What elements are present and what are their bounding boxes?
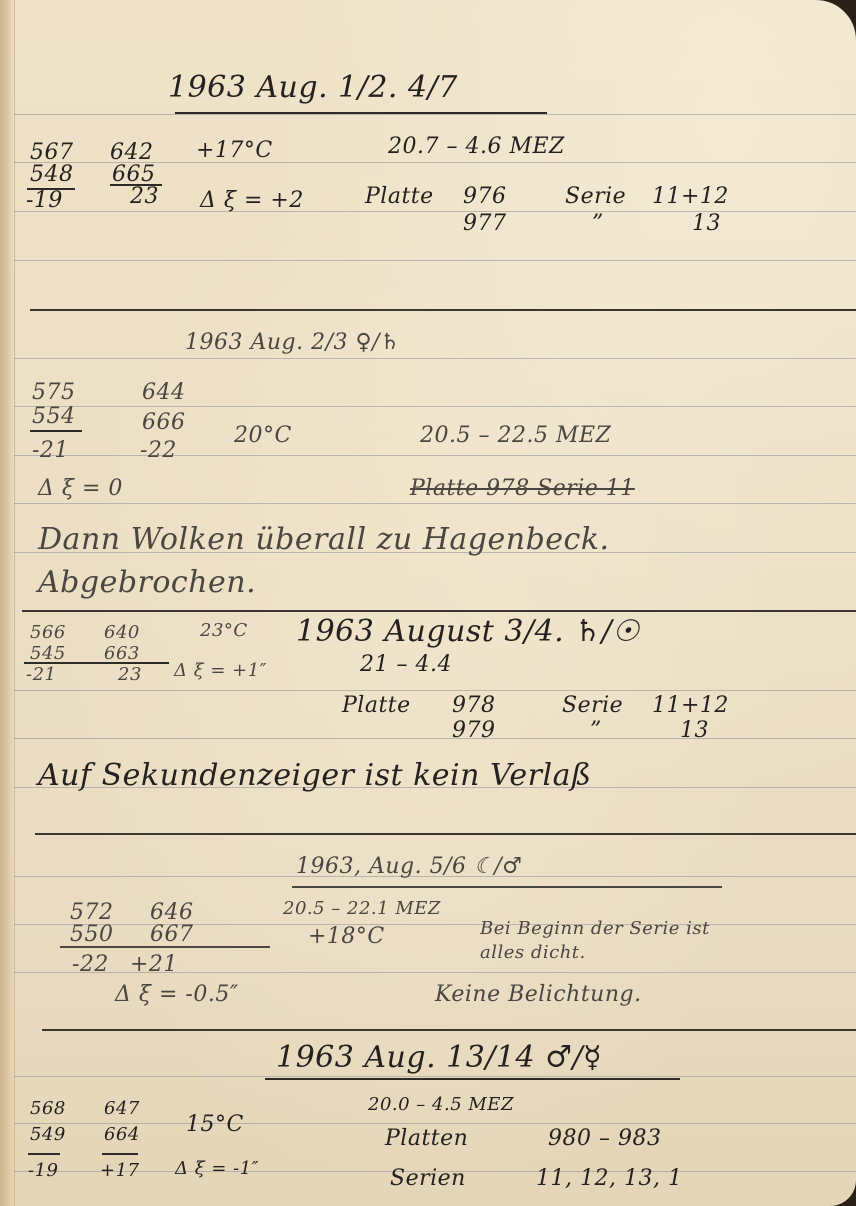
struck-plate-entry: Platte 978 Serie 11 xyxy=(410,476,635,501)
time-range: 21 – 4.4 xyxy=(360,652,452,677)
time-range: 20.5 – 22.5 MEZ xyxy=(420,423,611,448)
entry-heading: 1963 Aug. 1/2. 4/7 xyxy=(168,70,458,105)
note-line: Abgebrochen. xyxy=(38,565,256,600)
ruled-line xyxy=(14,114,856,115)
reading-value: 663 xyxy=(104,643,140,664)
series-label: Serie xyxy=(565,184,626,209)
entry-heading: 1963, Aug. 5/6 ☾/♂ xyxy=(296,854,522,879)
reading-difference: -21 xyxy=(32,438,69,463)
reading-value: 548 xyxy=(30,162,74,187)
delta-xi: Δ ξ = -0.5″ xyxy=(115,982,239,1007)
ruled-line xyxy=(14,211,856,212)
note-line: Keine Belichtung. xyxy=(435,982,642,1007)
temperature: 15°C xyxy=(186,1112,244,1137)
reading-value: 644 xyxy=(142,380,186,405)
temperature: +17°C xyxy=(196,138,273,163)
ditto-mark: ” xyxy=(592,211,604,236)
reading-difference: -22 xyxy=(72,952,109,977)
plate-label: Platte xyxy=(365,184,434,209)
series-label: Serie xyxy=(562,693,623,718)
ditto-mark: ” xyxy=(590,718,602,743)
reading-value: 640 xyxy=(104,622,140,643)
heading-underline xyxy=(265,1078,680,1080)
series-number: 13 xyxy=(692,211,721,236)
plates-range: 980 – 983 xyxy=(548,1126,661,1151)
reading-difference: -22 xyxy=(140,438,177,463)
page-binding-edge xyxy=(0,0,15,1206)
ruled-line xyxy=(14,503,856,504)
entry-divider xyxy=(22,610,856,612)
heading-underline xyxy=(292,886,722,888)
time-range: 20.0 – 4.5 MEZ xyxy=(368,1094,514,1115)
plate-label: Platte xyxy=(342,693,411,718)
reading-value: 550 xyxy=(70,922,114,947)
reading-value: 545 xyxy=(30,643,66,664)
plate-number: 976 xyxy=(463,184,507,209)
reading-difference: -19 xyxy=(28,1160,59,1181)
temperature: 20°C xyxy=(234,423,292,448)
heading-underline xyxy=(175,112,547,114)
series-number: 11+12 xyxy=(652,693,729,718)
reading-difference: -19 xyxy=(26,188,63,213)
reading-difference: +21 xyxy=(130,952,178,977)
reading-value: 549 xyxy=(30,1124,66,1145)
note-line: Bei Beginn der Serie ist xyxy=(480,918,710,939)
reading-value: 666 xyxy=(142,410,186,435)
plates-label: Platten xyxy=(385,1126,468,1151)
delta-xi: Δ ξ = -1″ xyxy=(175,1158,259,1179)
entry-divider xyxy=(30,309,856,311)
reading-difference: +17 xyxy=(100,1160,140,1181)
subtraction-bar xyxy=(102,1153,138,1155)
temperature: +18°C xyxy=(308,924,385,949)
ruled-line xyxy=(14,260,856,261)
plate-number: 979 xyxy=(452,718,496,743)
ruled-line xyxy=(14,738,856,739)
ruled-line xyxy=(14,358,856,359)
plate-number: 978 xyxy=(452,693,496,718)
entry-divider xyxy=(35,833,856,835)
reading-difference: 23 xyxy=(118,664,142,685)
note-line: Auf Sekundenzeiger ist kein Verlaß xyxy=(38,758,592,793)
reading-value: 575 xyxy=(32,380,76,405)
reading-value: 554 xyxy=(32,404,76,429)
reading-value: 568 xyxy=(30,1098,66,1119)
delta-xi: Δ ξ = 0 xyxy=(38,476,123,501)
entry-divider xyxy=(42,1029,856,1031)
delta-xi: Δ ξ = +2 xyxy=(200,188,304,213)
ruled-line xyxy=(14,690,856,691)
entry-heading: 1963 Aug. 13/14 ♂/☿ xyxy=(276,1040,602,1075)
time-range: 20.5 – 22.1 MEZ xyxy=(283,898,441,919)
notebook-page: 1963 Aug. 1/2. 4/7 567 548 -19 642 665 2… xyxy=(0,0,856,1206)
reading-value: 667 xyxy=(150,922,194,947)
series-number: 11+12 xyxy=(652,184,729,209)
entry-heading: 1963 August 3/4. ♄/☉ xyxy=(296,614,640,649)
reading-difference: -21 xyxy=(26,664,57,685)
note-line: Dann Wolken überall zu Hagenbeck. xyxy=(38,522,610,557)
note-line: alles dicht. xyxy=(480,942,586,963)
subtraction-bar xyxy=(28,1153,60,1155)
ruled-line xyxy=(14,924,856,925)
entry-heading: 1963 Aug. 2/3 ♀/♄ xyxy=(185,330,400,355)
temperature: 23°C xyxy=(200,620,248,641)
series-number: 13 xyxy=(680,718,709,743)
plate-number: 977 xyxy=(463,211,507,236)
ruled-line xyxy=(14,406,856,407)
reading-value: 566 xyxy=(30,622,66,643)
ruled-line xyxy=(14,1076,856,1077)
reading-value: 647 xyxy=(104,1098,140,1119)
ruled-line xyxy=(14,1123,856,1124)
delta-xi: Δ ξ = +1″ xyxy=(174,660,267,681)
subtraction-bar xyxy=(30,430,82,432)
reading-difference: 23 xyxy=(130,184,159,209)
series-label: Serien xyxy=(390,1166,466,1191)
time-range: 20.7 – 4.6 MEZ xyxy=(388,134,565,159)
series-values: 11, 12, 13, 1 xyxy=(536,1166,682,1191)
reading-value: 664 xyxy=(104,1124,140,1145)
